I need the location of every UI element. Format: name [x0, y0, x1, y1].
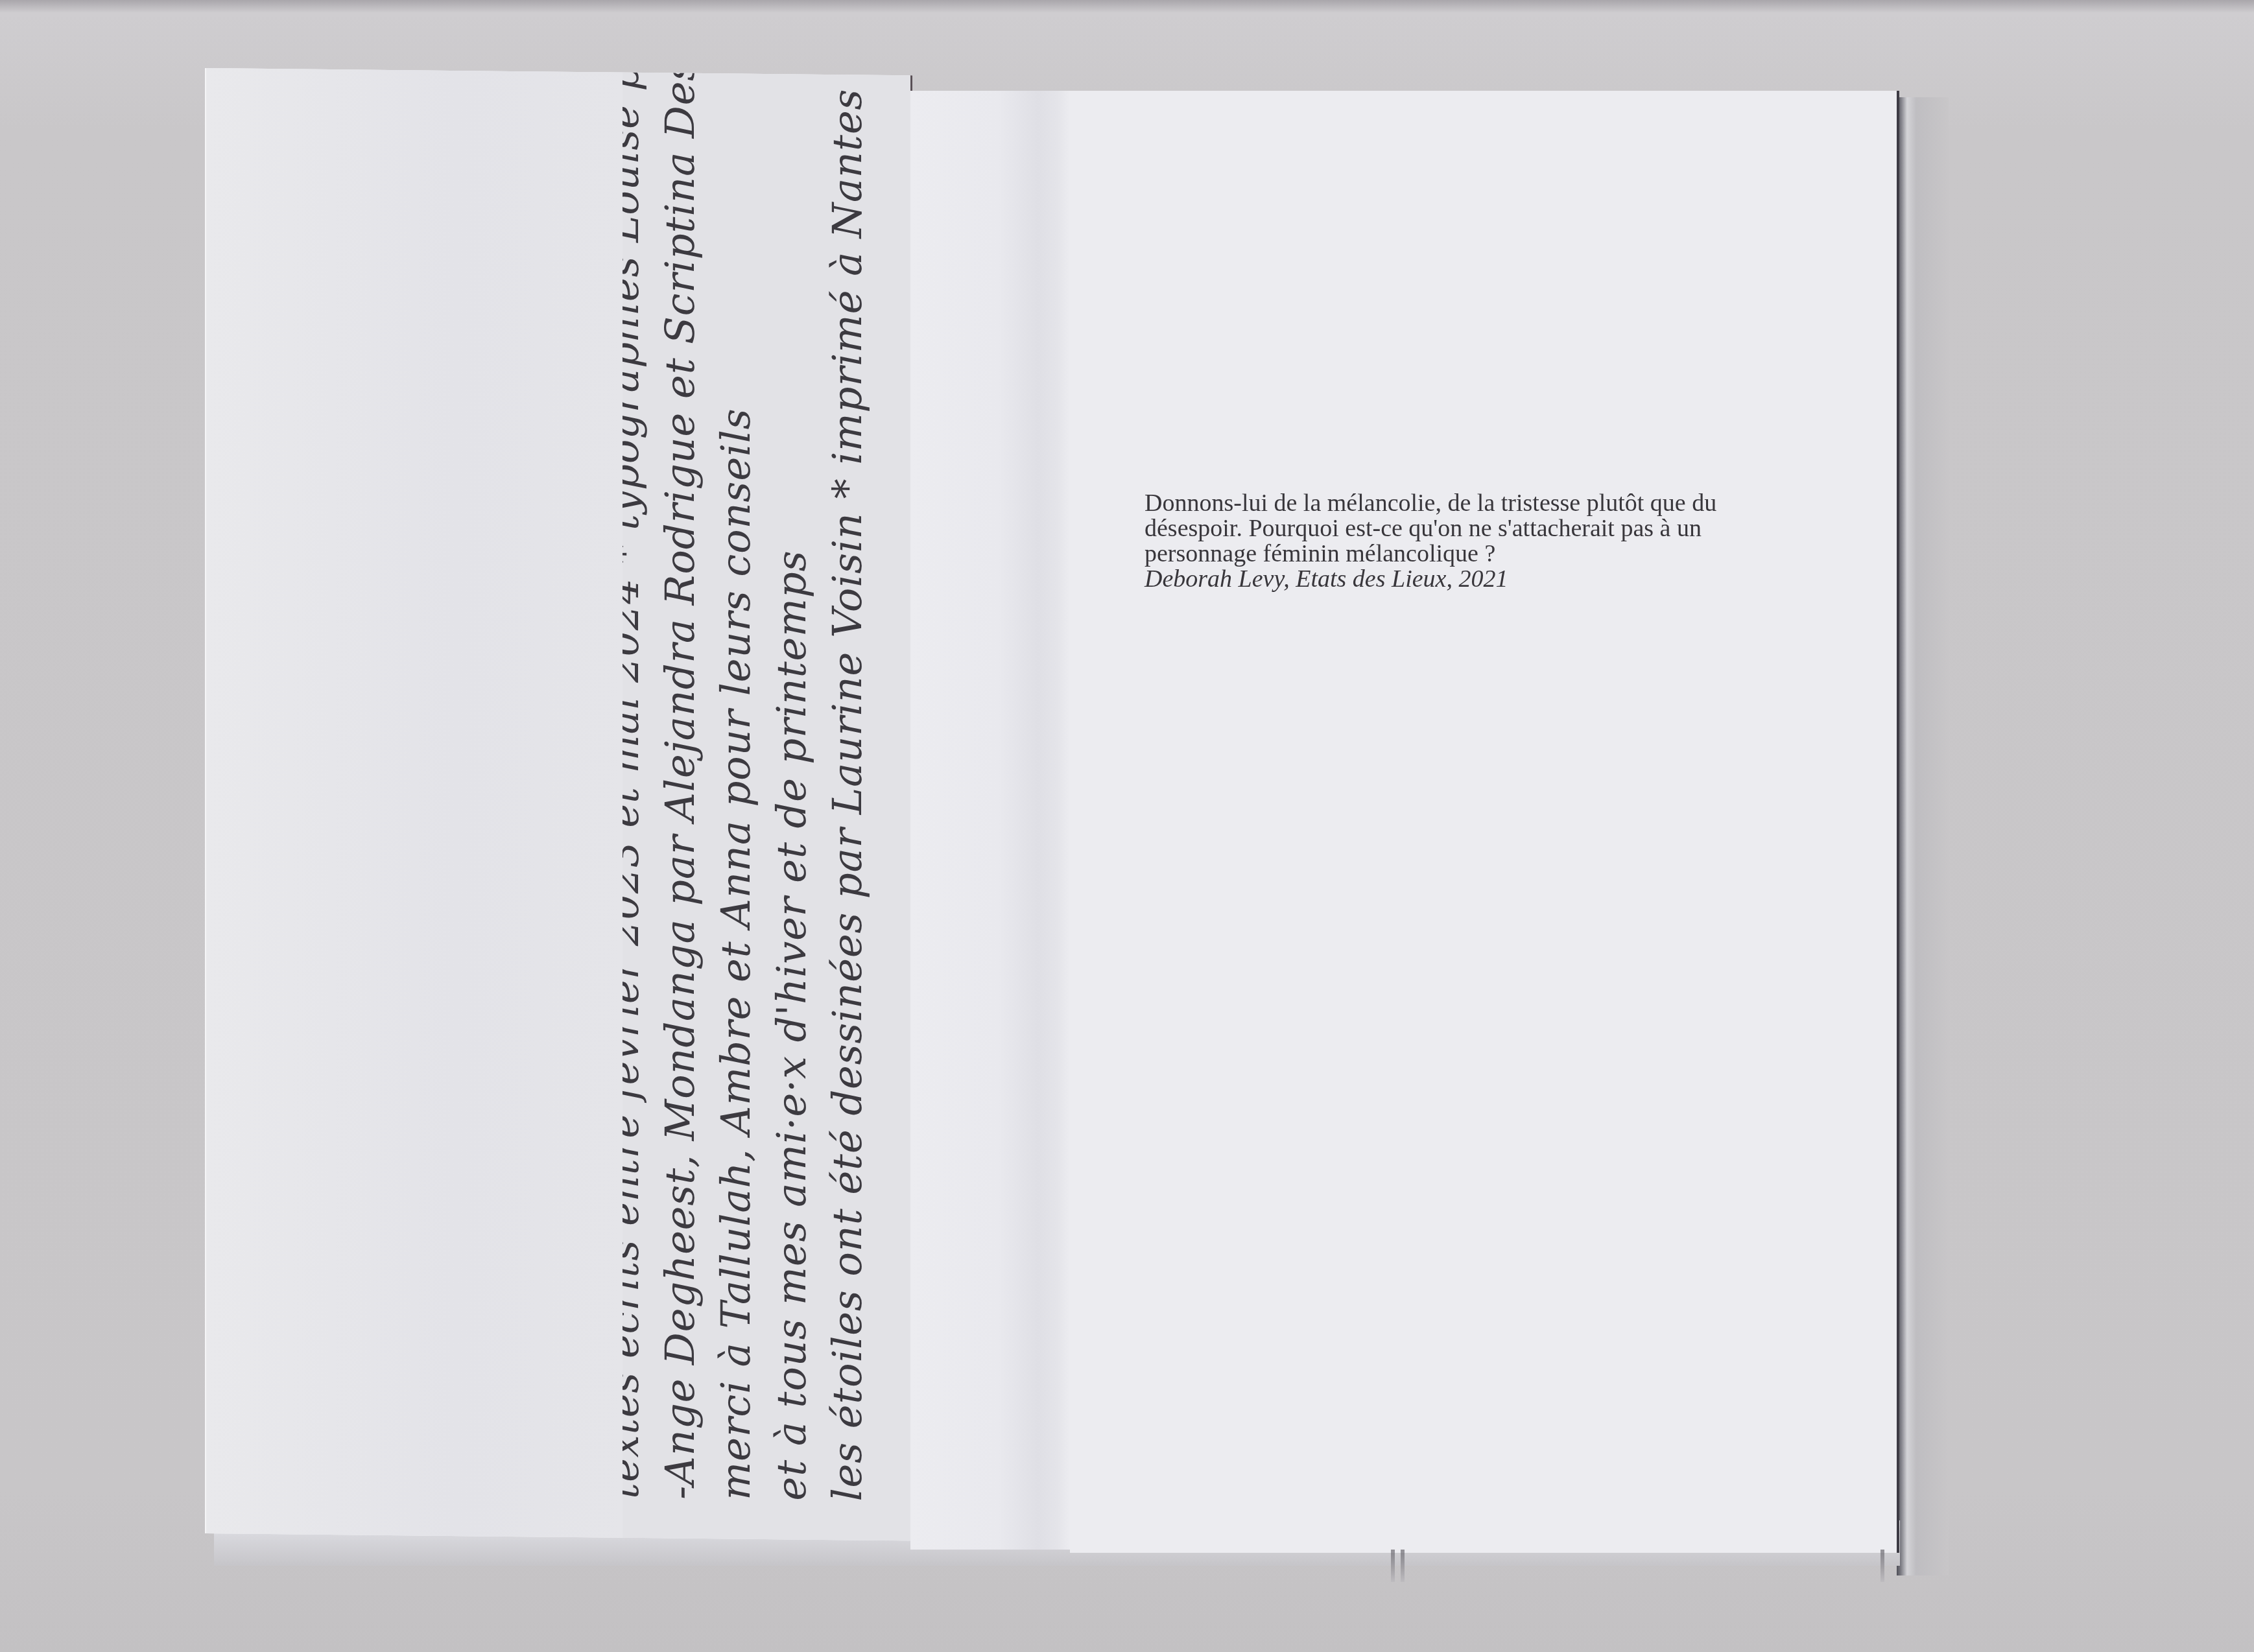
colophon-text: textes écrits entre février 2023 et mai …	[623, 73, 875, 1502]
colophon-line: et à tous mes ami·e·x d'hiver et de prin…	[764, 73, 820, 1501]
scan-artifact	[1401, 1550, 1405, 1582]
quote-line: désespoir. Pourquoi est-ce qu'on ne s'at…	[1145, 516, 1884, 541]
quote-line: personnage féminin mélancolique ?	[1145, 541, 1884, 567]
left-page: textes écrits entre février 2023 et mai …	[206, 68, 910, 1540]
scan-artifact	[1880, 1550, 1884, 1582]
epigraph-quote: Donnons-lui de la mélancolie, de la tris…	[1145, 491, 1884, 592]
colophon-line: merci à Tallulah, Ambre et Anna pour leu…	[708, 73, 764, 1500]
scan-artifact	[1391, 1550, 1395, 1582]
book-edge-shadow	[1897, 97, 1949, 1575]
left-page-blank-area	[206, 68, 623, 1538]
colophon-line: textes écrits entre février 2023 et mai …	[623, 73, 652, 1499]
colophon-line: les étoiles ont été dessinées par Laurin…	[820, 73, 875, 1502]
colophon-line: -Ange Degheest, Mondanga par Alejandra R…	[652, 73, 708, 1500]
colophon-strip: textes écrits entre février 2023 et mai …	[623, 73, 912, 1541]
quote-line: Donnons-lui de la mélancolie, de la tris…	[1145, 491, 1884, 516]
book-gutter	[910, 91, 1070, 1550]
quote-citation: Deborah Levy, Etats des Lieux, 2021	[1145, 567, 1884, 592]
right-page: Donnons-lui de la mélancolie, de la tris…	[1070, 91, 1899, 1553]
